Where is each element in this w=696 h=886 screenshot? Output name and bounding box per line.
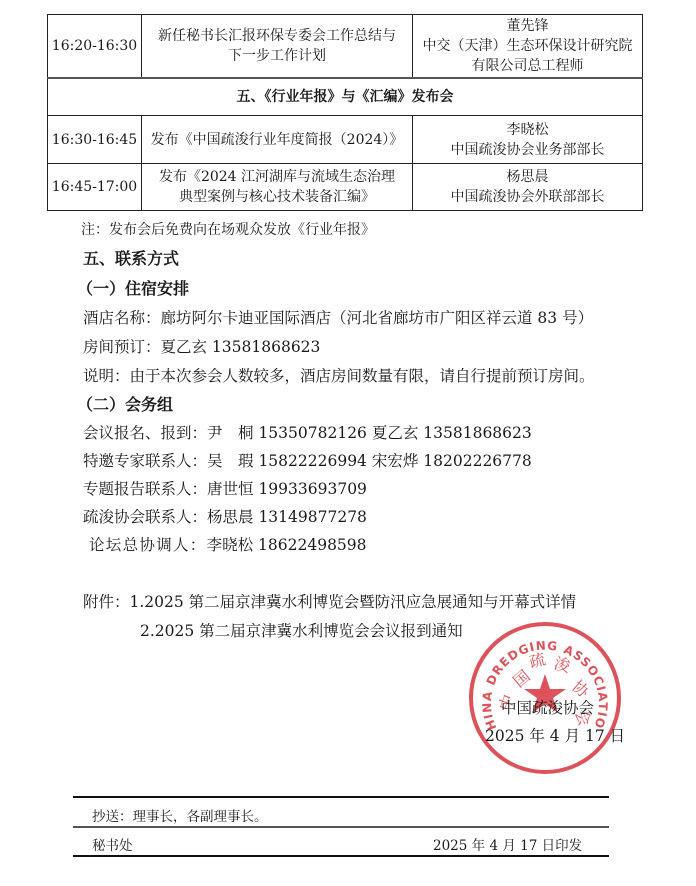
speaker-title: 中交（天津）生态环保设计研究院有限公司总工程师 bbox=[417, 36, 638, 76]
table-row: 16:30-16:45 发布《中国疏浚行业年度简报（2024）》 李晓松 中国疏… bbox=[48, 116, 643, 164]
attachment-line-2: 2.2025 第二届京津冀水利博览会会议报到通知 bbox=[140, 619, 463, 641]
topic-cell: 发布《2024 江河湖库与流域生态治理典型案例与核心技术装备汇编》 bbox=[142, 164, 413, 211]
contact-value: 李晓松 18622498598 bbox=[207, 536, 367, 554]
attachment-line-1: 附件：1.2025 第二届京津冀水利博览会暨防汛应急展通知与开幕式详情 bbox=[83, 590, 576, 612]
contact-heading: 五、联系方式 bbox=[83, 246, 179, 269]
svg-text:疏: 疏 bbox=[527, 649, 547, 671]
lodging-remark: 说明：由于本次参会人数较多，酒店房间数量有限，请自行提前预订房间。 bbox=[83, 364, 595, 386]
issue-date: 2025 年 4 月 17 日印发 bbox=[433, 834, 582, 854]
time-cell: 16:45-17:00 bbox=[48, 164, 142, 211]
contact-label: 论坛总协调人： bbox=[89, 533, 207, 555]
topic-cell: 新任秘书长汇报环保专委会工作总结与下一步工作计划 bbox=[142, 15, 413, 79]
section-row: 五、《行业年报》与《汇编》发布会 bbox=[48, 78, 643, 116]
contact-row: 会议报名、报到：尹 桐 15350782126 夏乙玄 13581868623 bbox=[83, 421, 532, 443]
contact-row: 专题报告联系人：唐世恒 19933693709 bbox=[83, 477, 367, 499]
contact-row: 论坛总协调人：李晓松 18622498598 bbox=[89, 533, 367, 555]
contact-value: 杨思晨 13149877278 bbox=[207, 508, 367, 526]
speaker-name: 董先锋 bbox=[417, 16, 638, 36]
speaker-cell: 李晓松 中国疏浚协会业务部部长 bbox=[413, 116, 643, 164]
footer-rule-bottom bbox=[73, 855, 609, 857]
table-note: 注：发布会后免费向在场观众发放《行业年报》 bbox=[81, 219, 375, 239]
contact-row: 疏浚协会联系人：杨思晨 13149877278 bbox=[83, 505, 367, 527]
attachment-item[interactable]: 2.2025 第二届京津冀水利博览会会议报到通知 bbox=[140, 622, 463, 640]
contact-value: 尹 桐 15350782126 夏乙玄 13581868623 bbox=[207, 424, 532, 442]
room-booking: 房间预订：夏乙玄 13581868623 bbox=[83, 335, 320, 357]
issuer: 秘书处 bbox=[92, 834, 133, 854]
contact-label: 会议报名、报到： bbox=[83, 421, 207, 443]
speaker-name: 李晓松 bbox=[417, 120, 638, 140]
cc-line: 抄送：理事长，各副理事长。 bbox=[92, 805, 268, 825]
attachment-label: 附件： bbox=[83, 593, 130, 611]
speaker-name: 杨思晨 bbox=[417, 167, 638, 187]
contact-row: 特邀专家联系人：吴 瑕 15822226994 宋宏烨 18202226778 bbox=[83, 449, 532, 471]
contact-value: 唐世恒 19933693709 bbox=[207, 480, 367, 498]
footer-rule-middle bbox=[73, 826, 609, 828]
speaker-cell: 董先锋 中交（天津）生态环保设计研究院有限公司总工程师 bbox=[413, 15, 643, 79]
table-row: 16:20-16:30 新任秘书长汇报环保专委会工作总结与下一步工作计划 董先锋… bbox=[48, 15, 643, 79]
speaker-title: 中国疏浚协会外联部部长 bbox=[417, 187, 638, 207]
svg-text:浚: 浚 bbox=[552, 654, 572, 676]
time-cell: 16:20-16:30 bbox=[48, 15, 142, 79]
contact-label: 疏浚协会联系人： bbox=[83, 505, 207, 527]
svg-text:国: 国 bbox=[509, 666, 533, 691]
speaker-cell: 杨思晨 中国疏浚协会外联部部长 bbox=[413, 164, 643, 211]
speaker-title: 中国疏浚协会业务部部长 bbox=[417, 140, 638, 160]
affairs-heading: （二）会务组 bbox=[77, 392, 173, 415]
contact-label: 专题报告联系人： bbox=[83, 477, 207, 499]
contact-value: 吴 瑕 15822226994 宋宏烨 18202226778 bbox=[207, 452, 532, 470]
section-heading: 五、《行业年报》与《汇编》发布会 bbox=[48, 78, 643, 116]
attachment-item[interactable]: 1.2025 第二届京津冀水利博览会暨防汛应急展通知与开幕式详情 bbox=[130, 593, 577, 611]
footer-rule-top bbox=[73, 796, 609, 798]
lodging-heading: （一）住宿安排 bbox=[77, 276, 189, 299]
time-cell: 16:30-16:45 bbox=[48, 116, 142, 164]
hotel-name: 酒店名称：廊坊阿尔卡迪亚国际酒店（河北省廊坊市广阳区祥云道 83 号） bbox=[83, 306, 593, 328]
contact-label: 特邀专家联系人： bbox=[83, 449, 207, 471]
signature-organization: 中国疏浚协会 bbox=[501, 696, 594, 718]
table-row: 16:45-17:00 发布《2024 江河湖库与流域生态治理典型案例与核心技术… bbox=[48, 164, 643, 211]
topic-cell: 发布《中国疏浚行业年度简报（2024）》 bbox=[142, 116, 413, 164]
signature-date: 2025 年 4 月 17 日 bbox=[485, 724, 625, 746]
agenda-table: 16:20-16:30 新任秘书长汇报环保专委会工作总结与下一步工作计划 董先锋… bbox=[47, 14, 643, 211]
